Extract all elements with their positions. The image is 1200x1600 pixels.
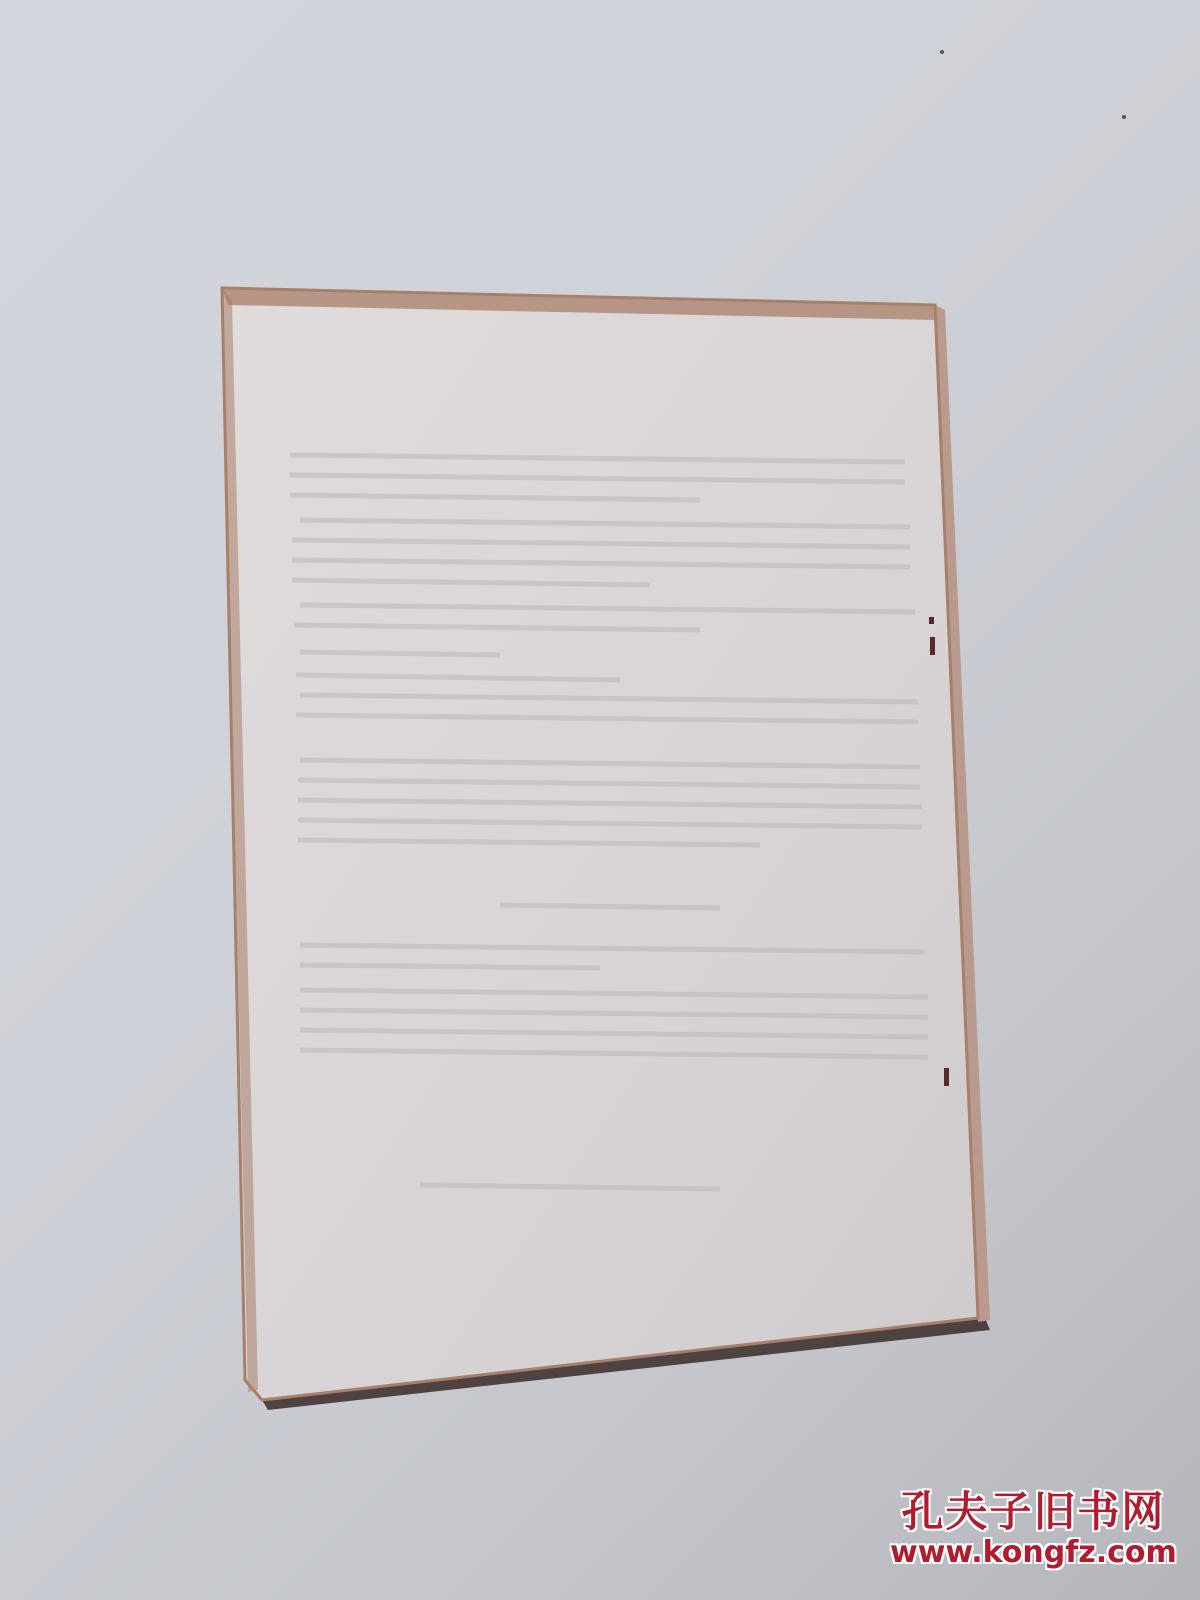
staple-mark (930, 637, 935, 655)
staple-mark (944, 1068, 949, 1086)
speck (1122, 115, 1126, 119)
document-photo (0, 0, 1200, 1600)
speck (940, 50, 944, 54)
watermark: 孔夫子旧书网 www.kongfz.com (890, 1488, 1177, 1570)
watermark-title: 孔夫子旧书网 (890, 1488, 1177, 1536)
staple-mark (929, 617, 934, 624)
watermark-url: www.kongfz.com (890, 1536, 1177, 1570)
